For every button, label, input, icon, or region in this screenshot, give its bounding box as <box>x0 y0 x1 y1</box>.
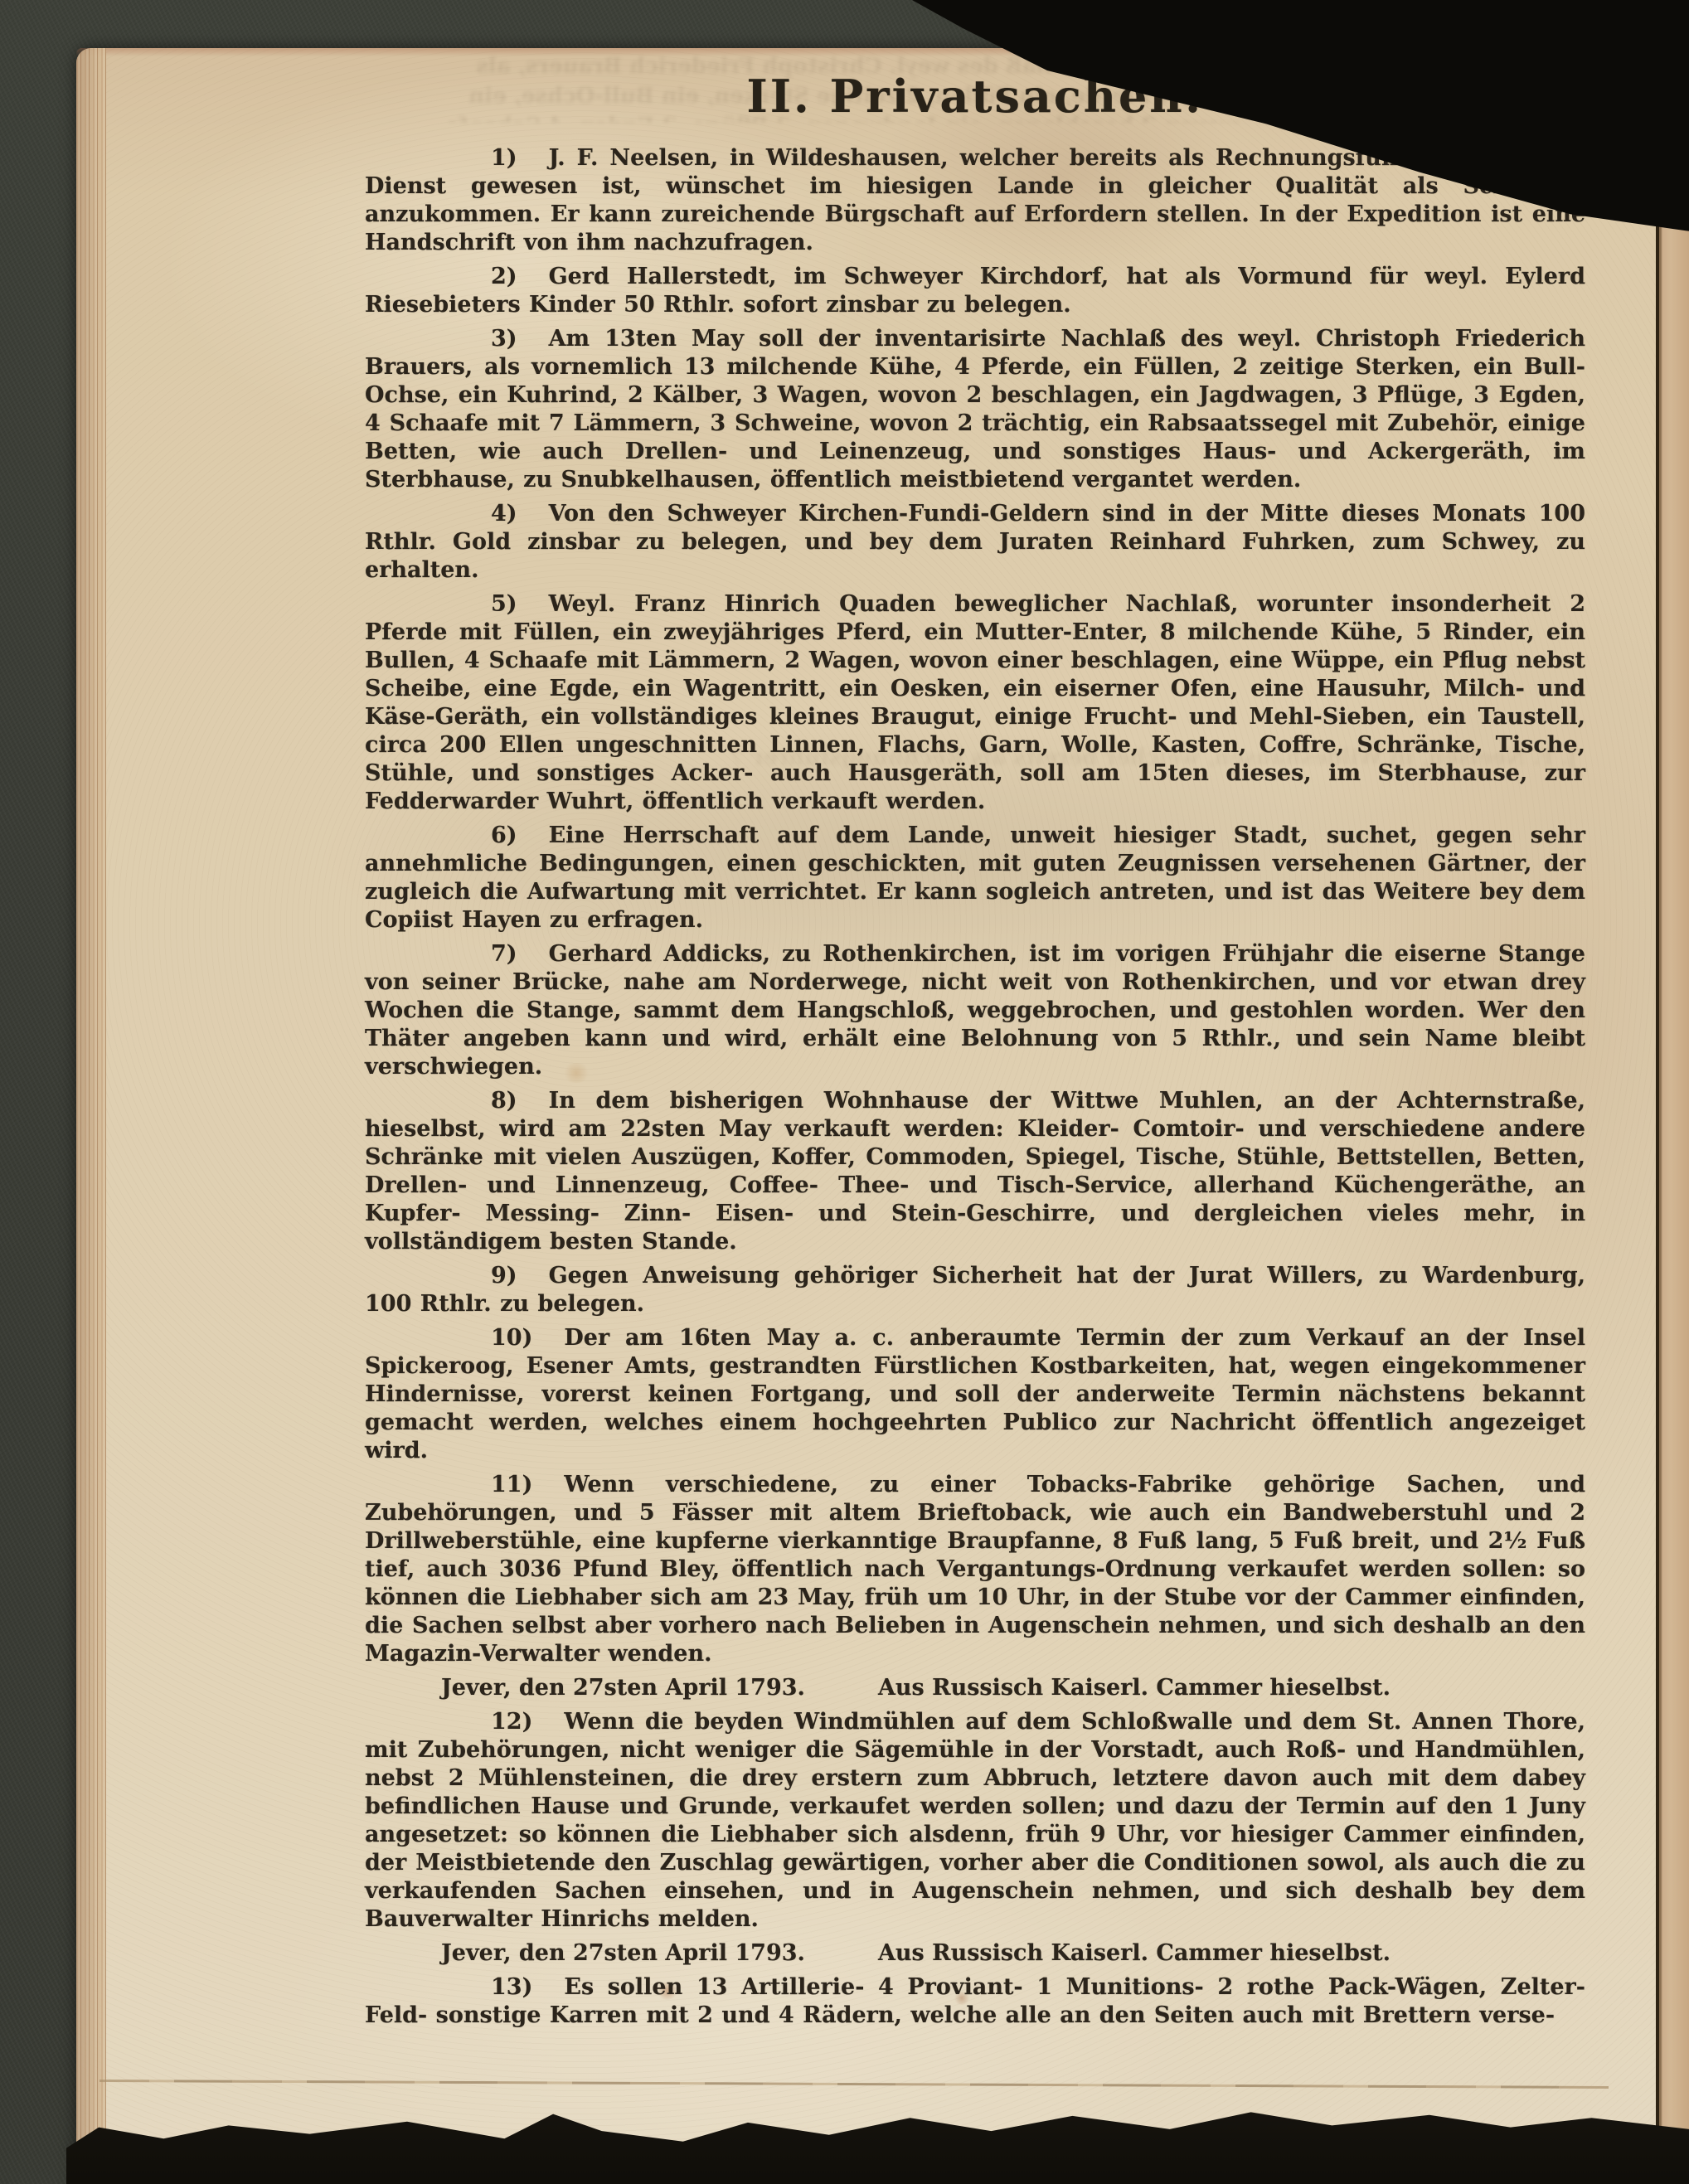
notice-paragraph: 8)In dem bisherigen Wohnhause der Wittwe… <box>365 1087 1585 1256</box>
notice-number: 8) <box>491 1088 549 1114</box>
notice-paragraph: 6)Eine Herrschaft auf dem Lande, unweit … <box>365 822 1585 934</box>
notice-number: 5) <box>491 591 549 617</box>
notice-number: 6) <box>491 823 549 848</box>
notice-text: Gegen Anweisung gehöriger Sicherheit hat… <box>365 1263 1585 1317</box>
notice-text: Gerd Hallerstedt, im Schweyer Kirchdorf,… <box>365 264 1585 318</box>
scan-backdrop: Am 13ten May soll der inventarisirte Nac… <box>0 0 1689 2184</box>
notice-number: 3) <box>491 326 549 352</box>
page-fore-edge <box>76 48 106 2184</box>
notice-paragraph: 2)Gerd Hallerstedt, im Schweyer Kirchdor… <box>365 263 1585 319</box>
notice-number: 13) <box>491 1974 564 2000</box>
notice-paragraph: 10)Der am 16ten May a. c. anberaumte Ter… <box>365 1324 1585 1465</box>
notice-text: Am 13ten May soll der inventarisirte Nac… <box>365 326 1585 493</box>
notice-number: 10) <box>491 1325 564 1351</box>
notice-paragraph: 7)Gerhard Addicks, zu Rothenkirchen, ist… <box>365 940 1585 1081</box>
notice-paragraph: 5)Weyl. Franz Hinrich Quaden beweglicher… <box>365 590 1585 816</box>
notice-number: 11) <box>491 1472 564 1497</box>
notice-text: Eine Herrschaft auf dem Lande, unweit hi… <box>365 823 1585 933</box>
notice-text: Weyl. Franz Hinrich Quaden beweglicher N… <box>365 591 1585 814</box>
notice-paragraph: 4)Von den Schweyer Kirchen-Fundi-Geldern… <box>365 500 1585 585</box>
paper-page: Am 13ten May soll der inventarisirte Nac… <box>76 48 1659 2184</box>
dateline-row: Jever, den 27sten April 1793. Aus Russis… <box>365 1939 1585 1968</box>
notice-paragraph: 12)Wenn die beyden Windmühlen auf dem Sc… <box>365 1708 1585 1934</box>
dateline: Jever, den 27sten April 1793. <box>441 1939 805 1968</box>
notice-text: Von den Schweyer Kirchen-Fundi-Geldern s… <box>365 501 1585 583</box>
notice-paragraph: 11)Wenn verschiedene, zu einer Tobacks-F… <box>365 1471 1585 1668</box>
printed-column: II. Privatsachen: 1)J. F. Neelsen, in Wi… <box>365 70 1585 2036</box>
notice-text: Wenn verschiedene, zu einer Tobacks-Fabr… <box>365 1472 1585 1667</box>
notice-number: 9) <box>491 1263 549 1289</box>
notice-number: 1) <box>491 145 549 171</box>
notice-text: In dem bisherigen Wohnhause der Wittwe M… <box>365 1088 1585 1255</box>
notice-number: 4) <box>491 501 549 527</box>
notice-text: Wenn die beyden Windmühlen auf dem Schlo… <box>365 1709 1585 1932</box>
notice-number: 12) <box>491 1709 564 1735</box>
signature: Aus Russisch Kaiserl. Cammer hieselbst. <box>878 1939 1391 1968</box>
signature: Aus Russisch Kaiserl. Cammer hieselbst. <box>878 1674 1391 1702</box>
notice-paragraph: 3)Am 13ten May soll der inventarisirte N… <box>365 325 1585 494</box>
dateline-row: Jever, den 27sten April 1793. Aus Russis… <box>365 1674 1585 1702</box>
dateline: Jever, den 27sten April 1793. <box>441 1674 805 1702</box>
notice-paragraph: 13)Es sollen 13 Artillerie- 4 Proviant- … <box>365 1973 1585 2030</box>
notice-number: 7) <box>491 941 549 967</box>
notice-text: Gerhard Addicks, zu Rothenkirchen, ist i… <box>365 941 1585 1080</box>
notice-paragraph: 9)Gegen Anweisung gehöriger Sicherheit h… <box>365 1262 1585 1318</box>
next-page-edge <box>1656 197 1689 2129</box>
notice-number: 2) <box>491 264 549 289</box>
